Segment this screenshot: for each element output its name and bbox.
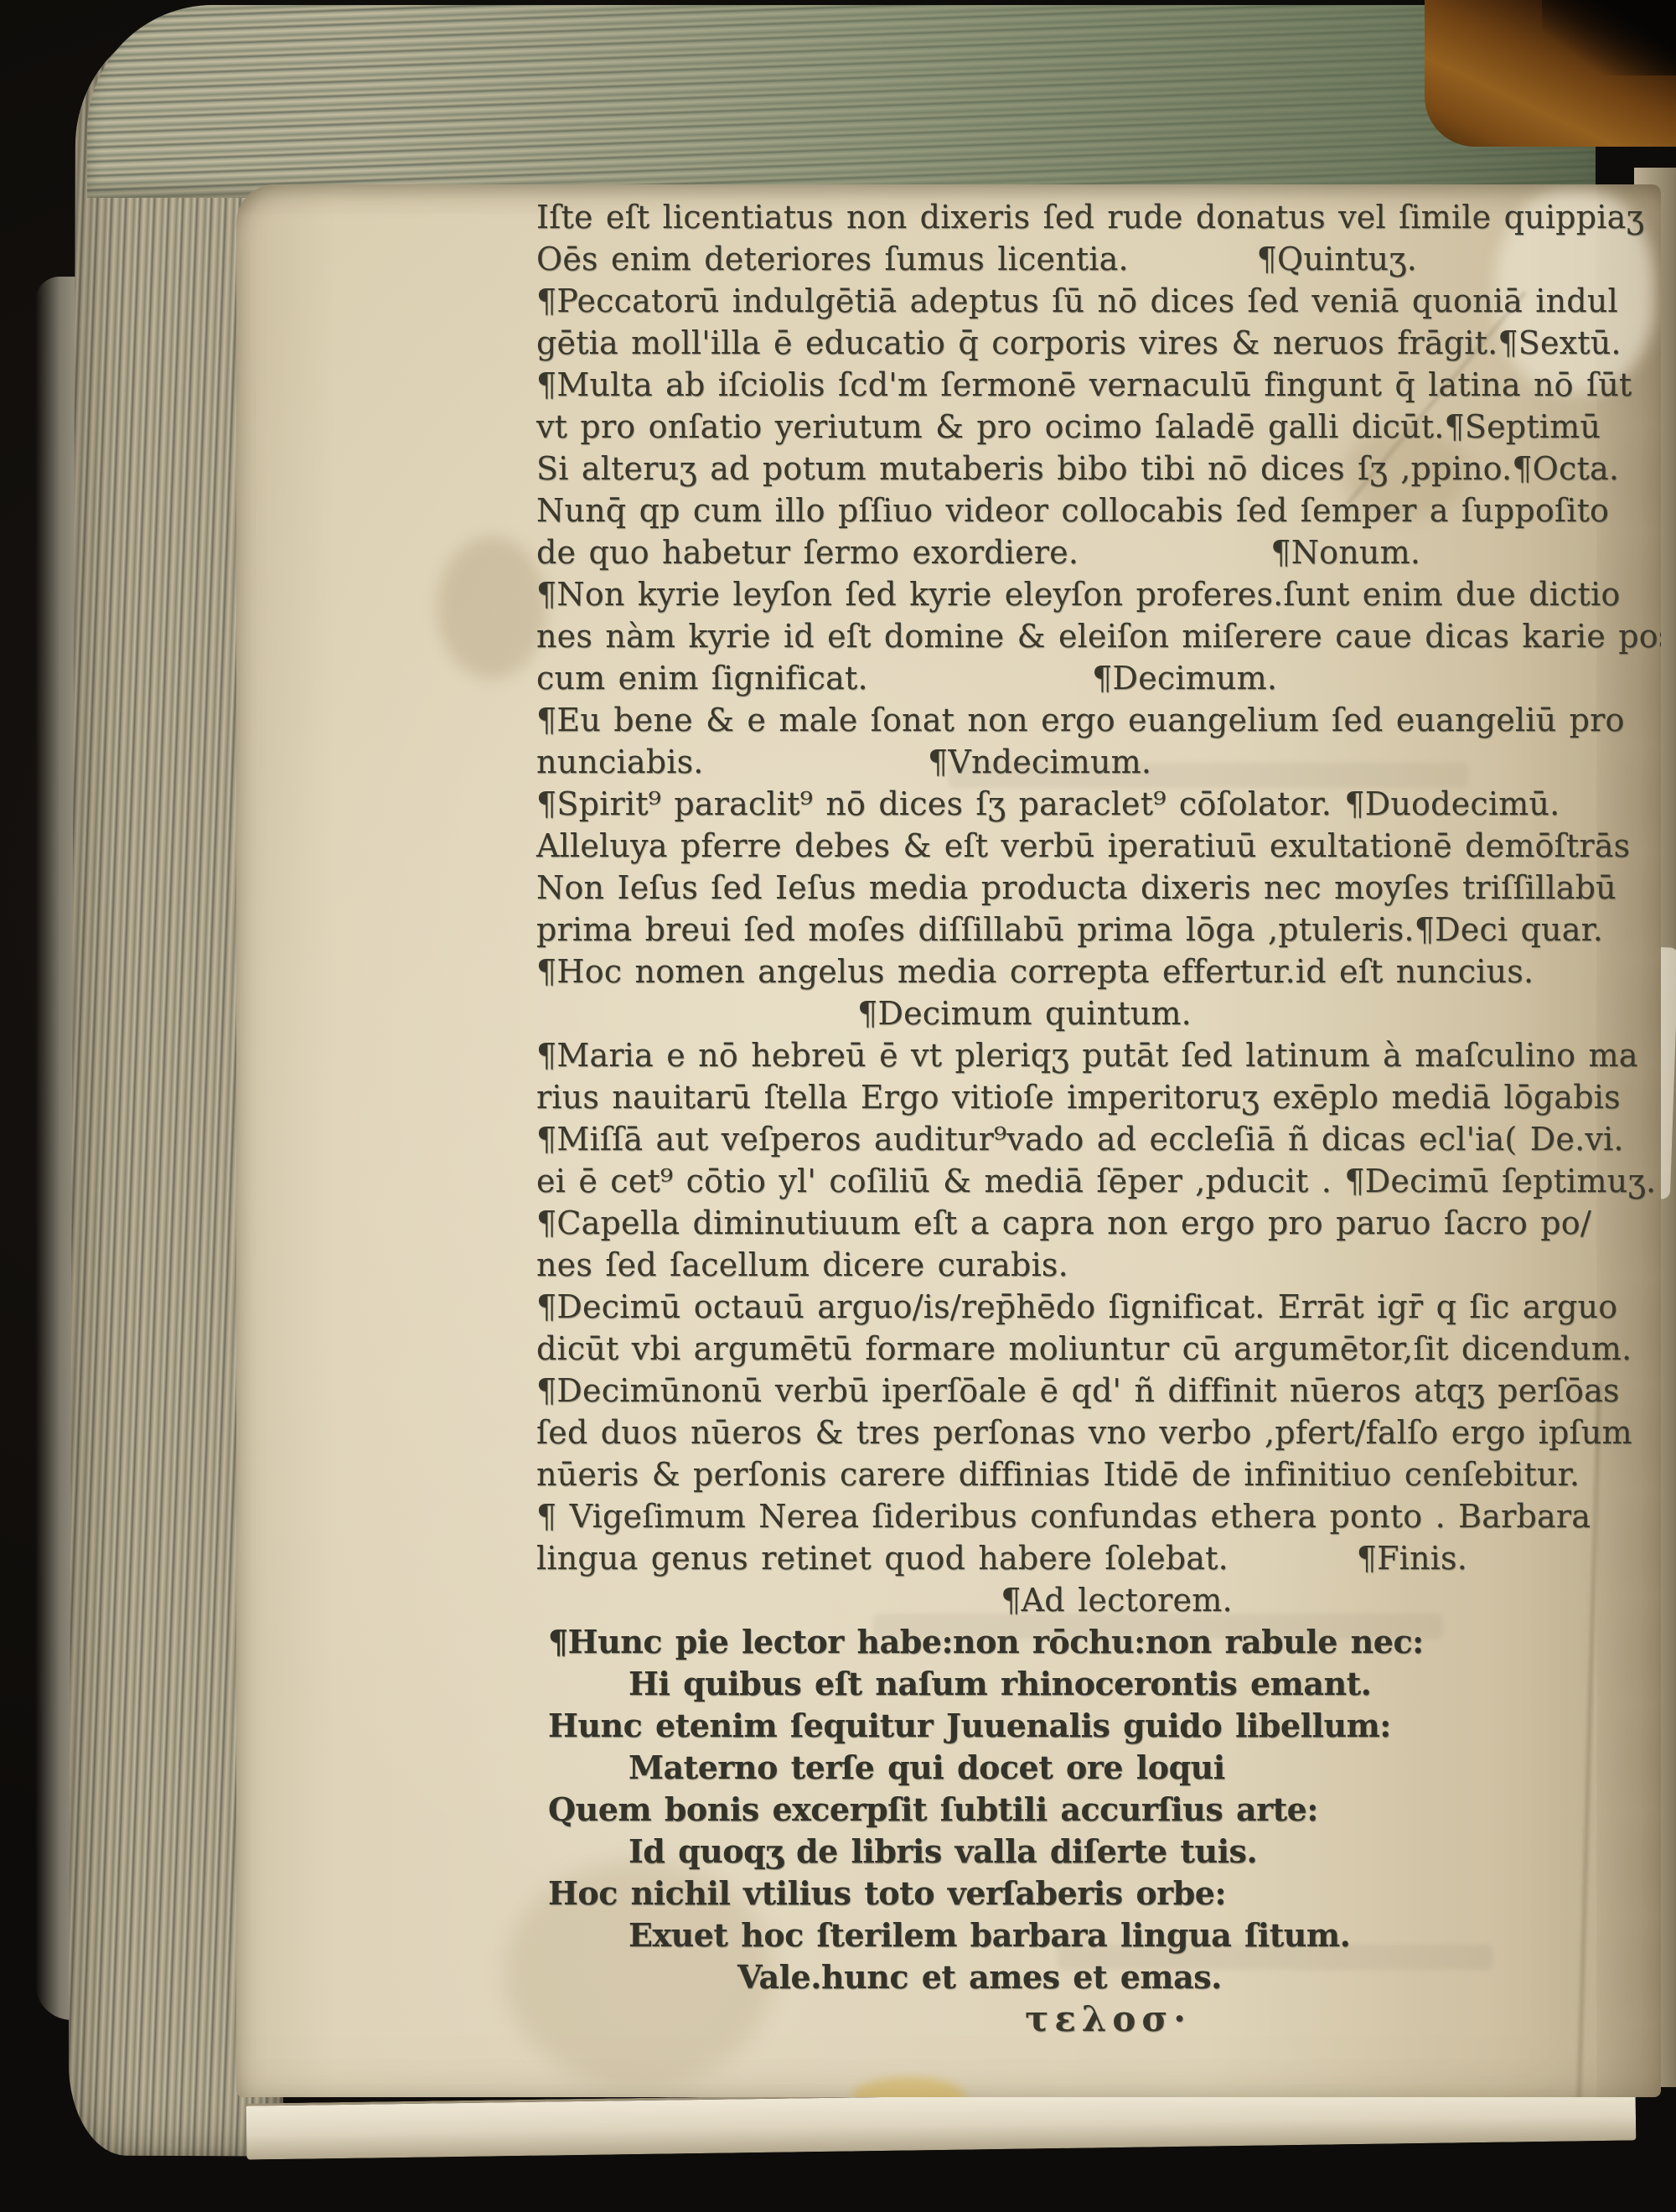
page-line: vt pro onſatio yeriutum & pro ocimo ſala… [536,406,1613,448]
leather-binding-corner [1425,0,1676,147]
book-page: Iſte eſt licentiatus non dixeris ſed rud… [236,184,1661,2097]
page-line: ei ē cet⁹ cōtio yl' coſiliū & mediā ſēpe… [536,1160,1613,1202]
page-line: Oēs enim deteriores ſumus licentia. ¶Qui… [536,238,1613,280]
page-line: Nunq̄ qp cum illo pſſiuo videor collocab… [536,490,1613,531]
page-line: Hunc etenim ſequitur Juuenalis guido lib… [536,1705,1613,1747]
page-line: ¶ Vigeſimum Nerea ſideribus confundas et… [536,1495,1613,1537]
page-line: ¶Multa ab iſciolis ſcd'm ſermonē vernacu… [536,364,1613,406]
paper-stain [437,536,546,679]
page-line: ¶Miſſā aut veſperos auditur⁹vado ad eccl… [536,1118,1613,1160]
page-line: ¶Decimum quintum. [486,992,1563,1034]
page-line: dicūt vbi argumētū formare moliuntur cū … [536,1328,1613,1370]
page-line: ¶Capella diminutiuum eſt a capra non erg… [536,1202,1613,1244]
page-line: ¶Hoc nomen angelus media correpta effert… [536,951,1613,992]
page-line: Iſte eſt licentiatus non dixeris ſed rud… [536,196,1613,238]
page-line: nunciabis. ¶Vndecimum. [536,741,1613,783]
page-line: Hoc nichil vtilius toto verſaberis orbe: [536,1873,1613,1914]
paper-stain [852,2077,965,2097]
page-line: Hi quibus eſt naſum rhinocerontis emant. [536,1663,1613,1705]
page-line: ¶Hunc pie lector habe:non rōchu:non rabu… [536,1621,1613,1663]
page-line: Id quoqʒ de libris valla diſerte tuis. [536,1831,1613,1873]
page-line: lingua genus retinet quod habere ſolebat… [536,1537,1613,1579]
page-line: Alleluya pferre debes & eſt verbū iperat… [536,825,1613,867]
page-line: Exuet hoc ſterilem barbara lingua ſitum. [536,1914,1613,1956]
page-line: Si alteruʒ ad potum mutaberis bibo tibi … [536,448,1613,490]
page-line: ¶Eu bene & e male ſonat non ergo euangel… [536,699,1613,741]
page-line: ¶Decimū octauū arguo/is/rep̄hēdo ſignifi… [536,1286,1613,1328]
page-line: Quem bonis excerpſit ſubtili accurſius a… [536,1789,1613,1831]
page-line: ¶Maria e nō hebreū ē vt pleriqʒ putāt ſe… [536,1034,1613,1076]
page-line: τελοσ· [570,1998,1647,2040]
page-text: Iſte eſt licentiatus non dixeris ſed rud… [536,196,1613,2040]
page-line: nes nàm kyrie id eſt domine & eleiſon mi… [536,615,1613,657]
page-line: gētia moll'illa ē educatio q̄ corporis v… [536,322,1613,364]
page-line: nes ſed ſacellum dicere curabis. [536,1244,1613,1286]
page-line: ¶Ad lectorem. [578,1579,1655,1621]
page-line: nūeris & perſonis carere diffinias Itidē… [536,1453,1613,1495]
page-line: ¶Decimūnonū verbū iperſōale ē qd' ñ diff… [536,1370,1613,1412]
page-line: ¶Non kyrie leyſon ſed kyrie eleyſon prof… [536,573,1613,615]
page-line: de quo habetur ſermo exordiere. ¶Nonum. [536,531,1613,573]
page-line: Non Ieſus ſed Ieſus media producta dixer… [536,867,1613,909]
book-photograph: Iſte eſt licentiatus non dixeris ſed rud… [0,0,1676,2212]
page-line: ¶Peccatorū indulgētiā adeptus ſū nō dice… [536,280,1613,322]
page-line: rius nauitarū ſtella Ergo vitioſe imperi… [536,1076,1613,1118]
page-line: ſed duos nūeros & tres perſonas vno verb… [536,1412,1613,1453]
page-line: cum enim ſignificat. ¶Decimum. [536,657,1613,699]
page-line: prima breui ſed moſes diſſillabū prima l… [536,909,1613,951]
page-stack-top-edges-green [87,5,1596,198]
page-line: Materno terſe qui docet ore loqui [536,1747,1613,1789]
page-line: Vale.hunc et ames et emas. [536,1956,1613,1998]
page-line: ¶Spirit⁹ paraclit⁹ nō dices ſʒ paraclet⁹… [536,783,1613,825]
